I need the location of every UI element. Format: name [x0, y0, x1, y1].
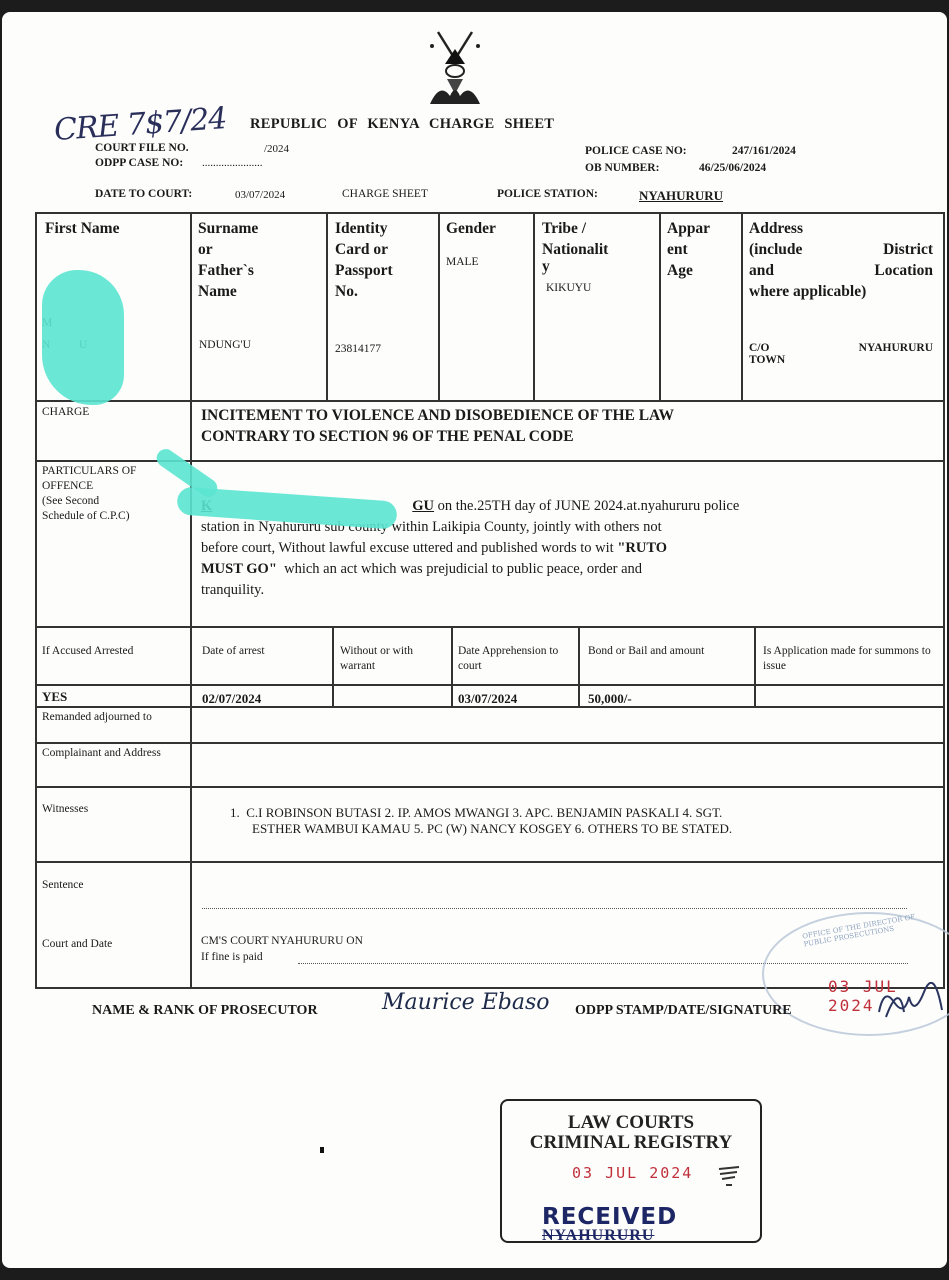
col-divider	[326, 212, 328, 400]
header-age-line: Age	[667, 260, 710, 281]
header-gender: Gender	[446, 218, 496, 239]
gender-value: MALE	[446, 256, 479, 268]
charge-text: INCITEMENT TO VIOLENCE AND DISOBEDIENCE …	[201, 405, 674, 447]
row-divider	[35, 684, 945, 686]
col-divider	[451, 626, 453, 706]
table-border-left	[35, 212, 37, 988]
particulars-line1-text: on the.25TH day of JUNE 2024.at.nyahurur…	[434, 498, 739, 514]
charge-label: CHARGE	[42, 405, 89, 420]
charge-text-line: CONTRARY TO SECTION 96 OF THE PENAL CODE	[201, 426, 674, 447]
particulars-line: tranquility.	[201, 580, 936, 601]
row-divider	[35, 861, 945, 863]
col-divider	[190, 212, 192, 987]
registry-stamp-emblem-icon	[717, 1163, 741, 1189]
redaction-mark-first-name	[42, 270, 124, 405]
arrest-header-date-of-arrest: Date of arrest	[202, 644, 265, 659]
header-id-line: Card or	[335, 239, 393, 260]
table-border-top	[35, 212, 945, 214]
particulars-line: MUST GO" which an act which was prejudic…	[201, 559, 936, 580]
header-age: Appar ent Age	[667, 218, 710, 281]
date-apprehension-value: 03/07/2024	[458, 691, 517, 707]
handwritten-case-reference: CRE 7$7/24	[53, 101, 228, 148]
date-to-court-value: 03/07/2024	[235, 189, 285, 201]
address-value-line: TOWN	[749, 354, 933, 366]
header-id-line: Identity	[335, 218, 393, 239]
header-tribe: Tribe / Nationalit y	[542, 218, 608, 274]
row-divider	[35, 400, 945, 402]
witnesses-line: 1. C.I ROBINSON BUTASI 2. IP. AMOS MWANG…	[230, 805, 940, 821]
col-divider	[578, 626, 580, 706]
header-surname-line: Surname	[198, 218, 258, 239]
court-line2: If fine is paid	[201, 950, 263, 965]
document-title: REPUBLIC OF KENYA CHARGE SHEET	[250, 116, 554, 133]
police-station-value: NYAHURURU	[639, 188, 723, 204]
odpp-case-no-label: ODPP CASE NO:	[95, 157, 183, 169]
row-divider	[35, 626, 945, 628]
header-id-line: No.	[335, 281, 393, 302]
header-surname-line: or	[198, 239, 258, 260]
registry-stamp-location: NYAHURURU	[542, 1227, 654, 1245]
particulars-label: PARTICULARS OF OFFENCE (See Second Sched…	[42, 464, 136, 524]
id-number-value: 23814177	[335, 343, 381, 355]
row-divider	[35, 786, 945, 788]
charge-text-line: INCITEMENT TO VIOLENCE AND DISOBEDIENCE …	[201, 405, 674, 426]
col-divider	[533, 212, 535, 400]
col-divider	[754, 626, 756, 706]
date-of-arrest-value: 02/07/2024	[202, 691, 261, 707]
charge-sheet-sublabel: CHARGE SHEET	[342, 188, 428, 200]
court-file-no-label: COURT FILE NO.	[95, 142, 189, 154]
header-id-line: Passport	[335, 260, 393, 281]
surname-value: NDUNG'U	[199, 339, 251, 351]
particulars-label-line: Schedule of C.P.C)	[42, 509, 136, 524]
quoted-words-part2: MUST GO"	[201, 561, 277, 577]
remanded-label: Remanded adjourned to	[42, 710, 182, 725]
witnesses-line: ESTHER WAMBUI KAMAU 5. PC (W) NANCY KOSG…	[230, 821, 940, 837]
col-divider	[438, 212, 440, 400]
header-address-line: where applicable)	[749, 281, 933, 302]
sentence-dotted-line	[202, 908, 907, 909]
scan-artifact-dot	[320, 1147, 324, 1153]
header-address: Address (include District and Location w…	[749, 218, 933, 302]
particulars-label-line: OFFENCE	[42, 479, 136, 494]
sentence-label: Sentence	[42, 878, 84, 893]
arrest-header-warrant: Without or with warrant	[340, 644, 445, 674]
court-line1: CM'S COURT NYAHURURU ON	[201, 934, 363, 949]
header-surname-line: Name	[198, 281, 258, 302]
charge-sheet-page: CRE 7$7/24 REPUBLIC OF KENYA CHARGE SHEE…	[2, 12, 947, 1268]
header-tribe-line: Nationalit	[542, 239, 608, 260]
bail-amount-value: 50,000/-	[588, 691, 632, 707]
row-divider	[35, 742, 945, 744]
odpp-signature-scribble-icon	[874, 982, 944, 1022]
header-address-line: (include District	[749, 239, 933, 260]
court-date-label: Court and Date	[42, 937, 132, 952]
header-surname: Surname or Father`s Name	[198, 218, 258, 302]
arrest-header-accused-arrested: If Accused Arrested	[42, 644, 182, 659]
header-tribe-line: Tribe /	[542, 218, 608, 239]
odpp-case-no-value: ......................	[202, 157, 263, 169]
witnesses-label: Witnesses	[42, 802, 88, 817]
accused-name-end: GU	[412, 498, 434, 514]
prosecutor-label: NAME & RANK OF PROSECUTOR	[92, 1003, 318, 1019]
witnesses-list: 1. C.I ROBINSON BUTASI 2. IP. AMOS MWANG…	[230, 805, 940, 837]
kenya-coat-of-arms-icon	[420, 24, 490, 114]
col-divider	[659, 212, 661, 400]
header-tribe-line: y	[542, 260, 608, 274]
arrest-header-summons: Is Application made for summons to issue	[763, 644, 943, 674]
table-border-right	[943, 212, 945, 988]
header-address-line: and Location	[749, 260, 933, 281]
header-first-name: First Name	[45, 218, 119, 239]
court-file-no-value: /2024	[264, 143, 289, 155]
ob-number-label: OB NUMBER:	[585, 162, 659, 174]
police-station-label: POLICE STATION:	[497, 188, 598, 200]
date-to-court-label: DATE TO COURT:	[95, 188, 192, 200]
col-divider	[741, 212, 743, 400]
particulars-line3-text: before court, Without lawful excuse utte…	[201, 540, 617, 556]
header-age-line: ent	[667, 239, 710, 260]
header-identity: Identity Card or Passport No.	[335, 218, 393, 302]
arrest-header-date-apprehension: Date Apprehension to court	[458, 644, 570, 674]
header-address-line: Address	[749, 218, 933, 239]
quoted-words-part1: "RUTO	[617, 540, 667, 556]
registry-stamp-line1: LAW COURTS	[502, 1113, 760, 1133]
particulars-label-line: PARTICULARS OF	[42, 464, 136, 479]
address-value: C/O NYAHURURU TOWN	[749, 342, 933, 366]
particulars-label-line: (See Second	[42, 494, 136, 509]
tribe-value: KIKUYU	[546, 282, 591, 294]
registry-stamp-date: 03 JUL 2024	[572, 1164, 693, 1182]
particulars-line: before court, Without lawful excuse utte…	[201, 538, 936, 559]
particulars-line4-text: which an act which was prejudicial to pu…	[277, 561, 642, 577]
complainant-label: Complainant and Address	[42, 746, 187, 761]
police-case-no-value: 247/161/2024	[732, 145, 796, 157]
ob-number-value: 46/25/06/2024	[699, 162, 766, 174]
arrest-header-bond-bail: Bond or Bail and amount	[588, 644, 750, 659]
police-case-no-label: POLICE CASE NO:	[585, 145, 687, 157]
prosecutor-signature: Maurice Ebaso	[382, 990, 550, 1015]
address-value-line: C/O NYAHURURU	[749, 342, 933, 354]
accused-arrested-value: YES	[42, 689, 67, 705]
header-surname-line: Father`s	[198, 260, 258, 281]
registry-stamp-line2: CRIMINAL REGISTRY	[502, 1133, 760, 1153]
registry-received-stamp: LAW COURTS CRIMINAL REGISTRY 03 JUL 2024…	[500, 1099, 762, 1243]
odpp-stamp-label: ODPP STAMP/DATE/SIGNATURE	[575, 1003, 792, 1019]
header-age-line: Appar	[667, 218, 710, 239]
col-divider	[332, 626, 334, 706]
